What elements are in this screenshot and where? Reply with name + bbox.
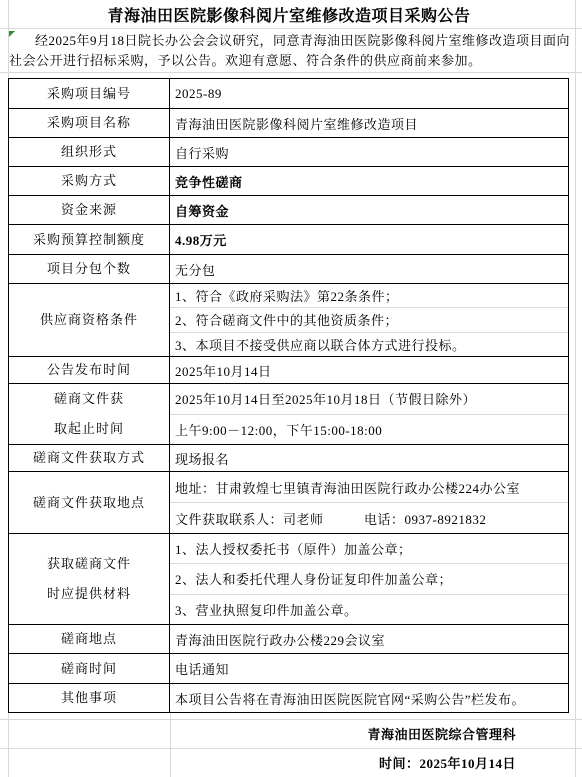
row-value-line: 2025年10月14日 bbox=[170, 357, 568, 383]
table-row: 供应商资格条件1、符合《政府采购法》第22条条件；2、符合磋商文件中的其他资质条… bbox=[9, 283, 568, 356]
row-label-line: 采购项目名称 bbox=[47, 108, 131, 138]
table-row: 获取磋商文件时应提供材料1、法人授权委托书（原件）加盖公章；2、法人和委托代理人… bbox=[9, 533, 568, 624]
row-value: 2025-89 bbox=[170, 79, 568, 108]
row-value: 1、法人授权委托书（原件）加盖公章；2、法人和委托代理人身份证复印件加盖公章；3… bbox=[170, 534, 568, 624]
row-value: 青海油田医院影像科阅片室维修改造项目 bbox=[170, 109, 568, 137]
row-label: 组织形式 bbox=[9, 138, 170, 166]
row-value: 本项目公告将在青海油田医院医院官网“采购公告”栏发布。 bbox=[170, 684, 568, 712]
table-row: 磋商文件获取地点地址：甘肃敦煌七里镇青海油田医院行政办公楼224办公室文件获取联… bbox=[9, 471, 568, 533]
row-label: 项目分包个数 bbox=[9, 255, 170, 283]
row-value-line: 现场报名 bbox=[170, 445, 568, 471]
row-value-line: 竞争性磋商 bbox=[170, 167, 568, 195]
row-label-line: 磋商文件获取方式 bbox=[33, 443, 145, 473]
row-value-line: 自筹资金 bbox=[170, 196, 568, 224]
table-row: 磋商地点青海油田医院行政办公楼229会议室 bbox=[9, 624, 568, 653]
row-label-line: 获取磋商文件 bbox=[47, 549, 131, 579]
row-label-line: 取起止时间 bbox=[54, 414, 124, 444]
row-label-line: 组织形式 bbox=[61, 137, 117, 167]
row-label-line: 采购项目编号 bbox=[47, 79, 131, 109]
row-value-line: 3、本项目不接受供应商以联合体方式进行投标。 bbox=[170, 332, 568, 356]
row-value-line: 青海油田医院影像科阅片室维修改造项目 bbox=[170, 109, 568, 137]
signature-department: 青海油田医院综合管理科 bbox=[0, 719, 582, 748]
row-value-line: 地址：甘肃敦煌七里镇青海油田医院行政办公楼224办公室 bbox=[170, 472, 568, 502]
row-value-line: 本项目公告将在青海油田医院医院官网“采购公告”栏发布。 bbox=[170, 684, 568, 712]
table-row: 采购预算控制额度4.98万元 bbox=[9, 224, 568, 254]
page-title: 青海油田医院影像科阅片室维修改造项目采购公告 bbox=[8, 0, 570, 29]
row-value-line: 2025-89 bbox=[170, 79, 568, 108]
table-row: 资金来源自筹资金 bbox=[9, 195, 568, 224]
row-label-line: 磋商地点 bbox=[61, 624, 117, 654]
row-value-line: 3、营业执照复印件加盖公章。 bbox=[170, 594, 568, 624]
row-label: 磋商地点 bbox=[9, 625, 170, 653]
row-label-line: 时应提供材料 bbox=[47, 579, 131, 609]
row-value-line: 2025年10月14日至2025年10月18日（节假日除外） bbox=[170, 384, 568, 414]
row-label: 采购项目名称 bbox=[9, 109, 170, 137]
gridline bbox=[575, 0, 576, 777]
spreadsheet-document: 青海油田医院影像科阅片室维修改造项目采购公告 经2025年9月18日院长办公会会… bbox=[0, 0, 582, 777]
table-row: 公告发布时间2025年10月14日 bbox=[9, 356, 568, 383]
row-label: 获取磋商文件时应提供材料 bbox=[9, 534, 170, 624]
table-row: 采购项目编号2025-89 bbox=[9, 79, 568, 108]
row-value-line: 青海油田医院行政办公楼229会议室 bbox=[170, 625, 568, 653]
table-row: 组织形式自行采购 bbox=[9, 137, 568, 166]
row-value-line: 文件获取联系人：司老师 电话：0937-8921832 bbox=[170, 502, 568, 533]
row-label: 资金来源 bbox=[9, 196, 170, 224]
row-value: 2025年10月14日 bbox=[170, 357, 568, 383]
row-value-line: 上午9:00－12:00，下午15:00-18:00 bbox=[170, 414, 568, 445]
row-label: 供应商资格条件 bbox=[9, 284, 170, 356]
row-value-line: 4.98万元 bbox=[170, 225, 568, 254]
table-row: 磋商时间电话通知 bbox=[9, 653, 568, 683]
row-value-line: 2、法人和委托代理人身份证复印件加盖公章； bbox=[170, 563, 568, 593]
row-label-line: 供应商资格条件 bbox=[40, 305, 138, 335]
row-value: 自筹资金 bbox=[170, 196, 568, 224]
row-label-line: 磋商文件获 bbox=[54, 384, 124, 414]
row-value-line: 电话通知 bbox=[170, 654, 568, 683]
row-label: 磋商文件获取方式 bbox=[9, 445, 170, 471]
row-value-line: 1、法人授权委托书（原件）加盖公章； bbox=[170, 534, 568, 563]
row-value: 1、符合《政府采购法》第22条条件；2、符合磋商文件中的其他资质条件；3、本项目… bbox=[170, 284, 568, 356]
row-value: 现场报名 bbox=[170, 445, 568, 471]
row-value-line: 2、符合磋商文件中的其他资质条件； bbox=[170, 307, 568, 331]
row-label-line: 采购预算控制额度 bbox=[33, 225, 145, 255]
row-value: 电话通知 bbox=[170, 654, 568, 683]
row-value: 2025年10月14日至2025年10月18日（节假日除外）上午9:00－12:… bbox=[170, 384, 568, 444]
row-label: 采购方式 bbox=[9, 167, 170, 195]
row-label: 采购预算控制额度 bbox=[9, 225, 170, 254]
signature-date: 时间：2025年10月14日 bbox=[0, 748, 582, 777]
row-label-line: 资金来源 bbox=[61, 195, 117, 225]
row-value: 竞争性磋商 bbox=[170, 167, 568, 195]
row-label-line: 项目分包个数 bbox=[47, 254, 131, 284]
row-label: 磋商文件获取起止时间 bbox=[9, 384, 170, 444]
row-label: 公告发布时间 bbox=[9, 357, 170, 383]
announcement-table: 采购项目编号2025-89采购项目名称青海油田医院影像科阅片室维修改造项目组织形… bbox=[8, 78, 569, 713]
row-label-line: 采购方式 bbox=[61, 166, 117, 196]
row-value: 地址：甘肃敦煌七里镇青海油田医院行政办公楼224办公室文件获取联系人：司老师 电… bbox=[170, 472, 568, 533]
gridline bbox=[0, 72, 582, 73]
row-value: 自行采购 bbox=[170, 138, 568, 166]
table-row: 采购项目名称青海油田医院影像科阅片室维修改造项目 bbox=[9, 108, 568, 137]
table-row: 磋商文件获取方式现场报名 bbox=[9, 444, 568, 471]
row-label: 磋商时间 bbox=[9, 654, 170, 683]
row-value-line: 1、符合《政府采购法》第22条条件； bbox=[170, 284, 568, 307]
row-label-line: 其他事项 bbox=[61, 683, 117, 713]
row-value-line: 无分包 bbox=[170, 255, 568, 283]
row-label: 其他事项 bbox=[9, 684, 170, 712]
row-value: 4.98万元 bbox=[170, 225, 568, 254]
row-label-line: 公告发布时间 bbox=[47, 355, 131, 385]
row-value: 青海油田医院行政办公楼229会议室 bbox=[170, 625, 568, 653]
intro-paragraph: 经2025年9月18日院长办公会会议研究，同意青海油田医院影像科阅片室维修改造项… bbox=[9, 31, 571, 71]
table-row: 项目分包个数无分包 bbox=[9, 254, 568, 283]
row-value: 无分包 bbox=[170, 255, 568, 283]
row-value-line: 自行采购 bbox=[170, 138, 568, 166]
row-label: 采购项目编号 bbox=[9, 79, 170, 108]
row-label: 磋商文件获取地点 bbox=[9, 472, 170, 533]
row-label-line: 磋商文件获取地点 bbox=[33, 488, 145, 518]
table-row: 磋商文件获取起止时间2025年10月14日至2025年10月18日（节假日除外）… bbox=[9, 383, 568, 444]
row-label-line: 磋商时间 bbox=[61, 654, 117, 684]
table-row: 采购方式竞争性磋商 bbox=[9, 166, 568, 195]
table-row: 其他事项本项目公告将在青海油田医院医院官网“采购公告”栏发布。 bbox=[9, 683, 568, 712]
